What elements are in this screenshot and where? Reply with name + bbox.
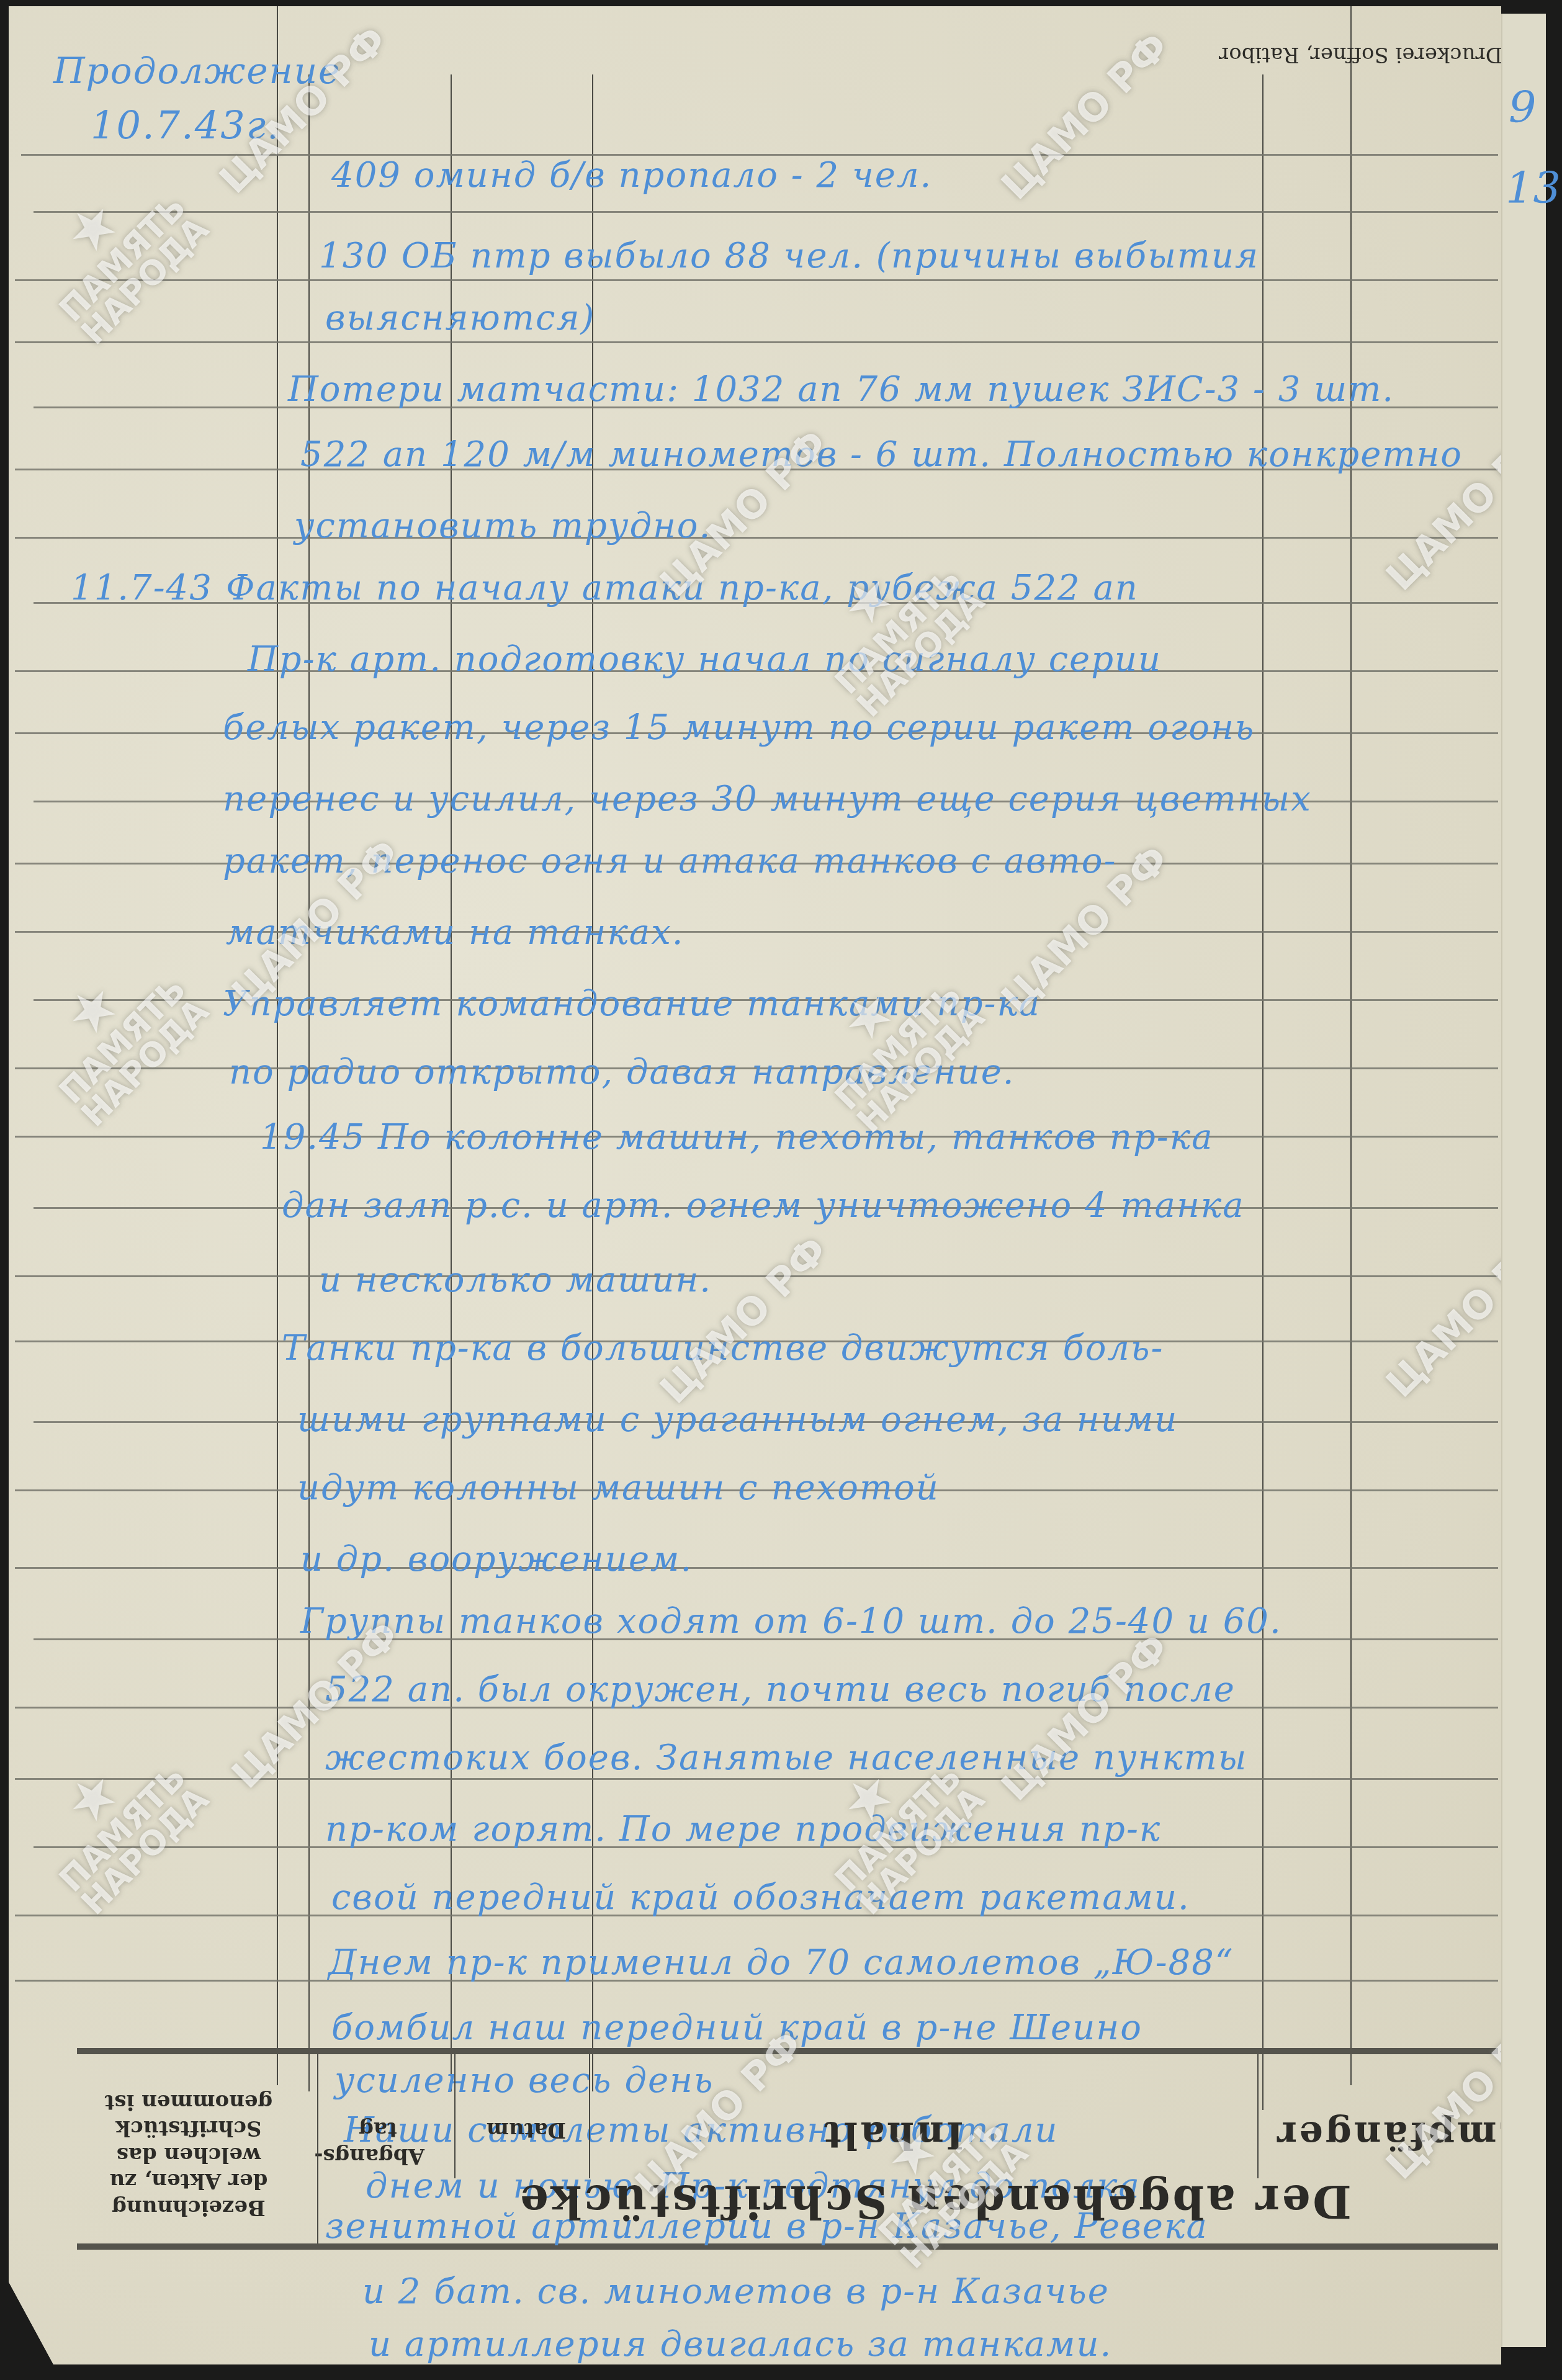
entry-line: Днем пр-к применил до 70 самолетов „Ю-88…	[328, 1942, 1234, 1983]
entry-line: Пр-к арт. подготовку начал по сигналу се…	[248, 639, 1162, 680]
watermark-archive: ЦАМО РФ	[651, 1228, 836, 1412]
entry-line: 19.45 По колонне машин, пехоты, танков п…	[260, 1117, 1214, 1157]
entry-line: и др. вооружением.	[300, 1539, 693, 1579]
entry-line: Потери матчасти: 1032 ап 76 мм пушек ЗИС…	[288, 369, 1394, 410]
entry-line: жестоких боев. Занятые населенные пункты	[325, 1738, 1247, 1778]
entry-line: свой передний край обозначает ракетами.	[331, 1877, 1190, 1918]
footer-column-rule	[1257, 2054, 1259, 2178]
entry-line: и 2 бат. св. минометов в р-н Казачье	[362, 2271, 1110, 2312]
watermark-archive: ЦАМО РФ	[992, 24, 1177, 209]
entry-line: 130 ОБ птр выбыло 88 чел. (причины выбыт…	[319, 236, 1259, 276]
footer-column-rule	[454, 2054, 456, 2178]
entry-line: и артиллерия двигалась за танками.	[369, 2324, 1112, 2364]
document-page: Druckerei Soffner, Ratibor Продолжение 1…	[9, 6, 1501, 2364]
page-number: 13	[1506, 163, 1561, 213]
entry-line: 522 ап 120 м/м минометов - 6 шт. Полност…	[300, 434, 1463, 475]
ruled-line	[15, 279, 1498, 281]
entry-line: усиленно весь день	[334, 2060, 714, 2101]
ruled-line	[15, 1567, 1498, 1569]
watermark-project: ★ ПАМЯТЬ НАРОДА	[792, 940, 990, 1138]
printer-mark: Druckerei Soffner, Ratibor	[1219, 42, 1502, 67]
entry-line: установить трудно.	[294, 506, 711, 546]
adjacent-page-edge: 9 13	[1501, 14, 1546, 2347]
entry-line: пр-ком горят. По мере продвижения пр-к	[325, 1809, 1161, 1849]
entry-line: бомбил наш передний край в р-не Шеино	[331, 2008, 1142, 2048]
entry-line: выясняются)	[325, 298, 595, 338]
watermark-archive: ЦАМО РФ	[992, 1625, 1177, 1810]
form-col-datum: Datum	[487, 2116, 566, 2143]
form-col-bezeichnung: Bezeichnung der Akten, zu welchen das Sc…	[89, 2088, 288, 2221]
watermark-project: ★ ПАМЯТЬ НАРОДА	[16, 1722, 214, 1920]
entry-line: идут колонны машин с пехотой	[297, 1468, 940, 1508]
ruled-line	[34, 211, 1498, 213]
page-number: 9	[1509, 82, 1537, 133]
entry-line: дан залп р.с. и арт. огнем уничтожено 4 …	[282, 1185, 1245, 1226]
entry-line: белых ракет, через 15 минут по серии рак…	[223, 707, 1255, 748]
form-col-abgangstag: Abgangs-tag	[331, 2116, 424, 2169]
ruled-line	[15, 537, 1498, 539]
entry-line: шими группами с ураганным огнем, за ними	[297, 1399, 1178, 1440]
watermark-project: ★ ПАМЯТЬ НАРОДА	[16, 934, 214, 1132]
footer-column-rule	[317, 2054, 318, 2243]
entry-line: и несколько машин.	[319, 1260, 712, 1300]
entry-date: 11.7-43	[71, 568, 213, 608]
watermark-project: ★ ПАМЯТЬ НАРОДА	[792, 524, 990, 722]
entry-line: 409 оминд б/в пропало - 2 чел.	[331, 155, 932, 195]
ruled-line	[15, 341, 1498, 343]
watermark-project: ★ ПАМЯТЬ НАРОДА	[16, 152, 214, 350]
footer-column-rule	[589, 2054, 590, 2178]
entry-line: перенес и усилил, через 30 минут еще сер…	[223, 779, 1312, 819]
column-rule-6	[1350, 6, 1352, 2085]
